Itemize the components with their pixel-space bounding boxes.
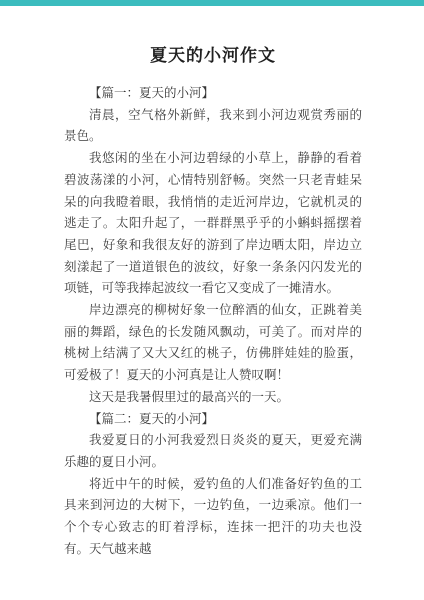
document-page: 夏天的小河作文 【篇一：夏天的小河】清晨，空气格外新鲜，我来到小河边观赏秀丽的景… [0, 0, 424, 600]
essay-paragraph: 我爱夏日的小河我爱烈日炎炎的夏天，更爱充满乐趣的夏日小河。 [64, 430, 362, 473]
essay-paragraph: 将近中午的时候，爱钓鱼的人们准备好钓鱼的工具来到河边的大树下，一边钓鱼，一边乘凉… [64, 474, 362, 561]
essay-title: 夏天的小河作文 [64, 44, 362, 68]
essay-document: 夏天的小河作文 【篇一：夏天的小河】清晨，空气格外新鲜，我来到小河边观赏秀丽的景… [0, 6, 424, 560]
essay-paragraph: 这天是我暑假里过的最高兴的一天。 [64, 387, 362, 409]
section-heading: 【篇二：夏天的小河】 [64, 409, 362, 431]
essay-body: 【篇一：夏天的小河】清晨，空气格外新鲜，我来到小河边观赏秀丽的景色。我悠闲的坐在… [64, 83, 362, 560]
section-heading: 【篇一：夏天的小河】 [64, 83, 362, 105]
essay-paragraph: 岸边漂亮的柳树好象一位醉酒的仙女，正跳着美丽的舞蹈，绿色的长发随风飘动，可美了。… [64, 300, 362, 387]
essay-paragraph: 清晨，空气格外新鲜，我来到小河边观赏秀丽的景色。 [64, 105, 362, 148]
essay-paragraph: 我悠闲的坐在小河边碧绿的小草上，静静的看着碧波荡漾的小河，心情特别舒畅。突然一只… [64, 148, 362, 300]
